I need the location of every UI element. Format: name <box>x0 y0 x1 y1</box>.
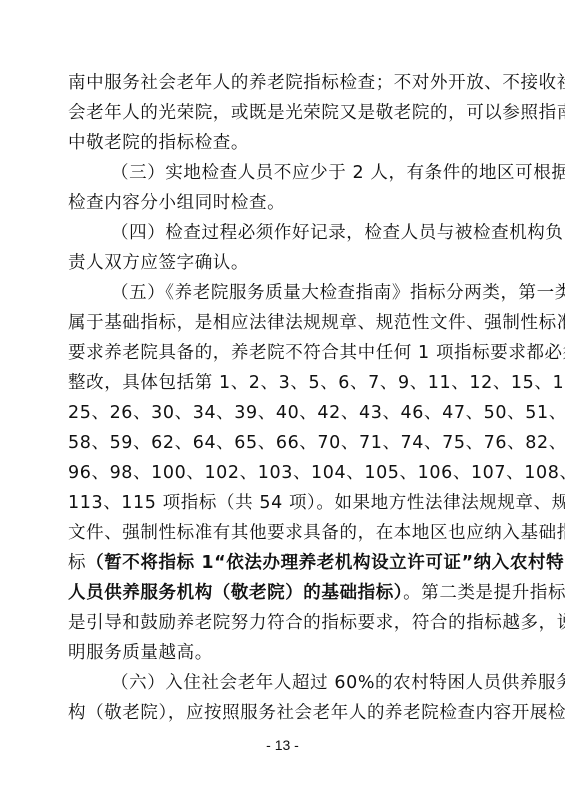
paragraph-four-start: （四）检查过程必须作好记录，检查人员与被检查机构负 <box>68 218 500 248</box>
text-line: 属于基础指标，是相应法律法规规章、规范性文件、强制性标准 <box>68 308 500 338</box>
text-line: 南中服务社会老年人的养老院指标检查；不对外开放、不接收社 <box>68 68 500 98</box>
plain-text: 标 <box>68 553 86 573</box>
text-line: 检查内容分小组同时检查。 <box>68 188 500 218</box>
text-line: 113、115 项指标（共 54 项）。如果地方性法律法规规章、规范性 <box>68 488 500 518</box>
text-line: 中敬老院的指标检查。 <box>68 128 500 158</box>
text-line: 要求养老院具备的，养老院不符合其中任何 1 项指标要求都必须 <box>68 338 500 368</box>
text-line: 整改，具体包括第 1、2、3、5、6、7、9、11、12、15、17、20、 <box>68 368 500 398</box>
text-line: 96、98、100、102、103、104、105、106、107、108、10… <box>68 458 500 488</box>
paragraph-six-start: （六）入住社会老年人超过 60%的农村特困人员供养服务机 <box>68 668 500 698</box>
text-line: 会老年人的光荣院，或既是光荣院又是敬老院的，可以参照指南 <box>68 98 500 128</box>
text-line: 25、26、30、34、39、40、42、43、46、47、50、51、54、5… <box>68 398 500 428</box>
text-line: 是引导和鼓励养老院努力符合的指标要求，符合的指标越多，说 <box>68 608 500 638</box>
bold-note-text: （暂不将指标 1“依法办理养老机构设立许可证”纳入农村特困 <box>86 553 565 573</box>
text-line-with-bold: 人员供养服务机构（敬老院）的基础指标）。第二类是提升指标， <box>68 578 500 608</box>
text-line-with-bold: 标（暂不将指标 1“依法办理养老机构设立许可证”纳入农村特困 <box>68 548 500 578</box>
text-line: 明服务质量越高。 <box>68 638 500 668</box>
paragraph-three-start: （三）实地检查人员不应少于 2 人，有条件的地区可根据 <box>68 158 500 188</box>
plain-text: 。第二类是提升指标， <box>403 583 565 603</box>
text-line: 文件、强制性标准有其他要求具备的，在本地区也应纳入基础指 <box>68 518 500 548</box>
text-line: 构（敬老院），应按照服务社会老年人的养老院检查内容开展检查。 <box>68 698 500 728</box>
paragraph-five-start: （五）《养老院服务质量大检查指南》指标分两类，第一类 <box>68 278 500 308</box>
page-number: - 13 - <box>0 737 565 753</box>
text-line: 责人双方应签字确认。 <box>68 248 500 278</box>
text-line: 58、59、62、64、65、66、70、71、74、75、76、82、90、9… <box>68 428 500 458</box>
document-page: 南中服务社会老年人的养老院指标检查；不对外开放、不接收社 会老年人的光荣院，或既… <box>0 0 565 800</box>
bold-note-text: 人员供养服务机构（敬老院）的基础指标） <box>68 583 403 603</box>
